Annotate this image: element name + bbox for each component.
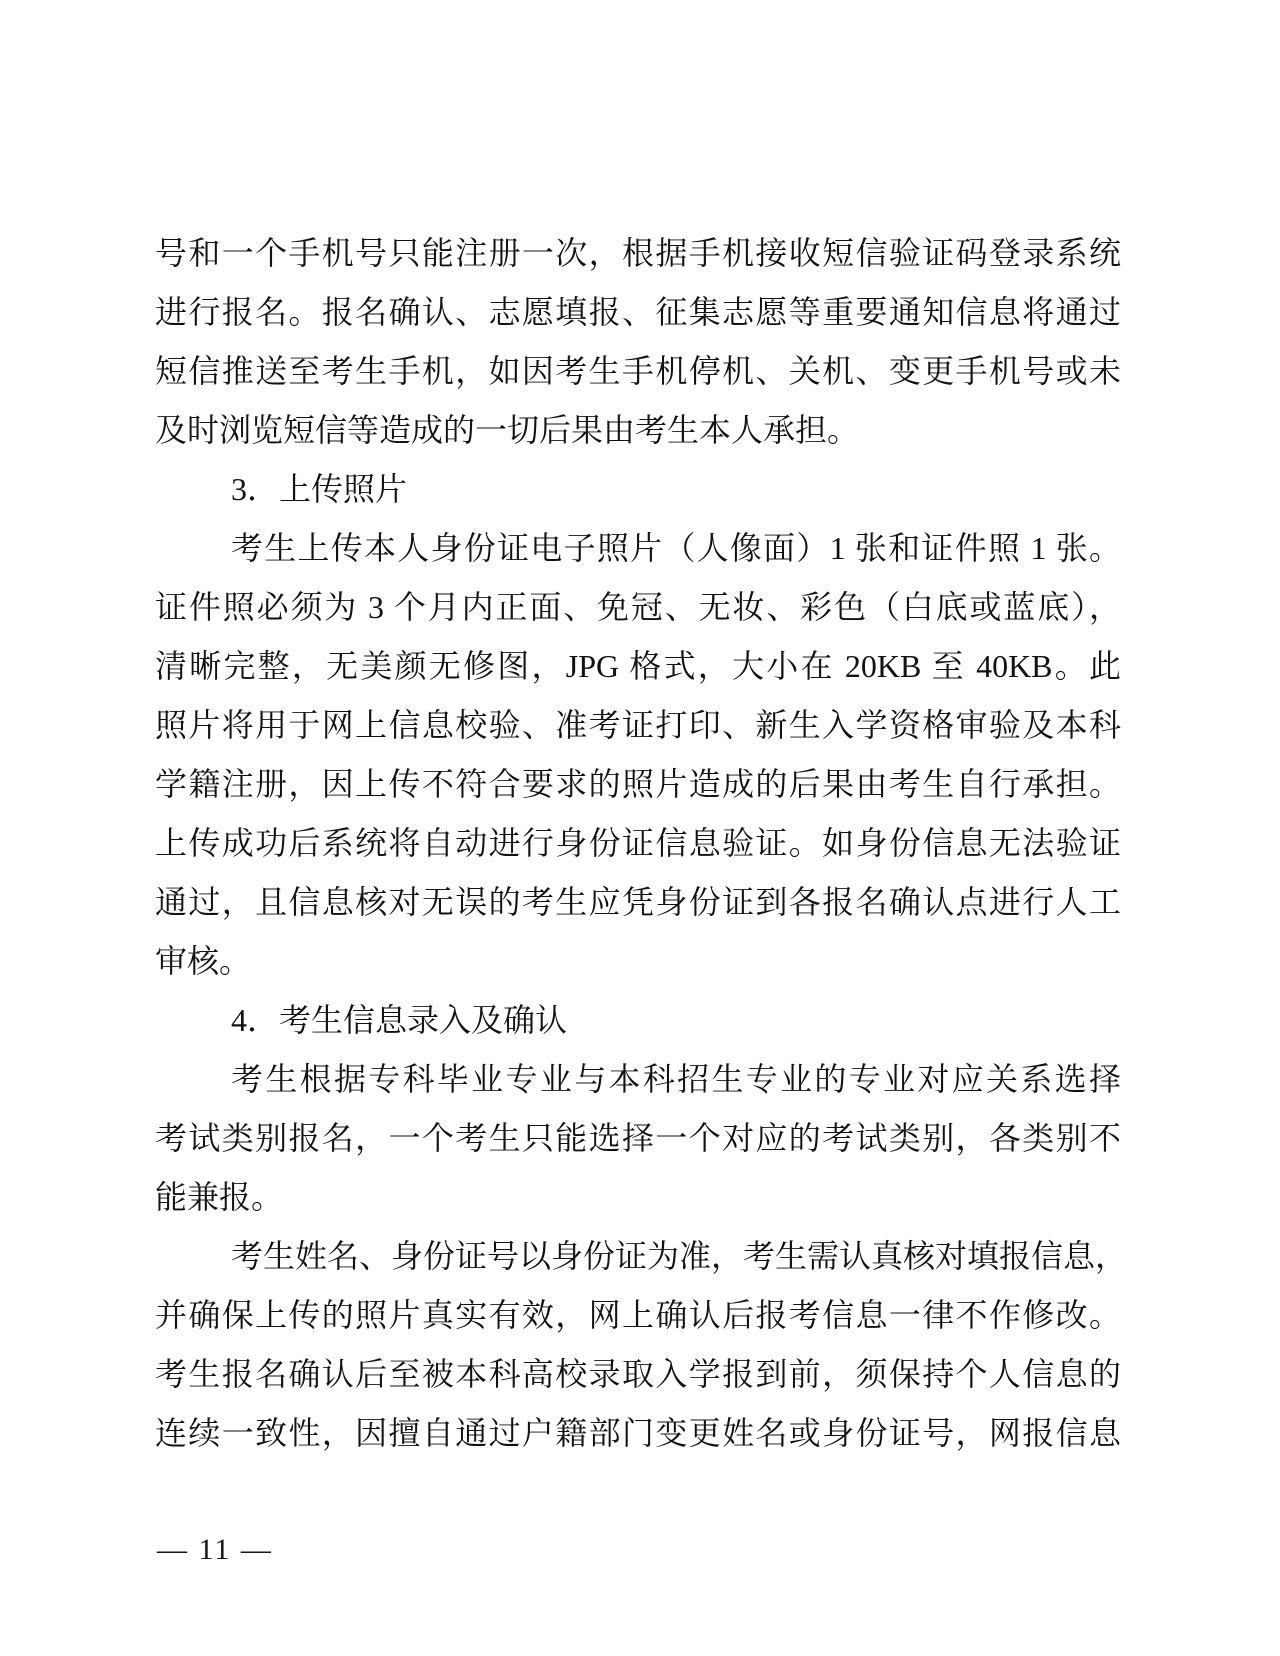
text-line: 考生姓名、身份证号以身份证为准，考生需认真核对填报信息，: [155, 1227, 1121, 1286]
text-line: 上传成功后系统将自动进行身份证信息验证。如身份信息无法验证: [155, 814, 1121, 873]
text-line: 短信推送至考生手机，如因考生手机停机、关机、变更手机号或未: [155, 342, 1121, 401]
document-page: 号和一个手机号只能注册一次，根据手机接收短信验证码登录系统 进行报名。报名确认、…: [0, 0, 1280, 1656]
text-line: 考试类别报名，一个考生只能选择一个对应的考试类别，各类别不: [155, 1109, 1121, 1168]
text-line: 证件照必须为 3 个月内正面、免冠、无妆、彩色（白底或蓝底），: [155, 578, 1121, 637]
section-heading-4: 4．考生信息录入及确认: [155, 991, 1121, 1050]
text-line: 连续一致性，因擅自通过户籍部门变更姓名或身份证号，网报信息: [155, 1404, 1121, 1463]
text-line: 通过，且信息核对无误的考生应凭身份证到各报名确认点进行人工: [155, 873, 1121, 932]
text-line: 清晰完整，无美颜无修图，JPG 格式，大小在 20KB 至 40KB。此: [155, 637, 1121, 696]
text-line: 照片将用于网上信息校验、准考证打印、新生入学资格审验及本科: [155, 696, 1121, 755]
text-line: 并确保上传的照片真实有效，网上确认后报考信息一律不作修改。: [155, 1286, 1121, 1345]
text-line: 能兼报。: [155, 1168, 1121, 1227]
text-line: 考生根据专科毕业专业与本科招生专业的专业对应关系选择: [155, 1050, 1121, 1109]
document-body: 号和一个手机号只能注册一次，根据手机接收短信验证码登录系统 进行报名。报名确认、…: [155, 224, 1121, 1463]
text-line: 考生上传本人身份证电子照片（人像面）1 张和证件照 1 张。: [155, 519, 1121, 578]
text-line: 审核。: [155, 932, 1121, 991]
text-line: 学籍注册，因上传不符合要求的照片造成的后果由考生自行承担。: [155, 755, 1121, 814]
text-line: 进行报名。报名确认、志愿填报、征集志愿等重要通知信息将通过: [155, 283, 1121, 342]
page-number: — 11 —: [157, 1532, 273, 1568]
text-line: 考生报名确认后至被本科高校录取入学报到前，须保持个人信息的: [155, 1345, 1121, 1404]
section-heading-3: 3．上传照片: [155, 460, 1121, 519]
text-line: 及时浏览短信等造成的一切后果由考生本人承担。: [155, 401, 1121, 460]
text-line: 号和一个手机号只能注册一次，根据手机接收短信验证码登录系统: [155, 224, 1121, 283]
